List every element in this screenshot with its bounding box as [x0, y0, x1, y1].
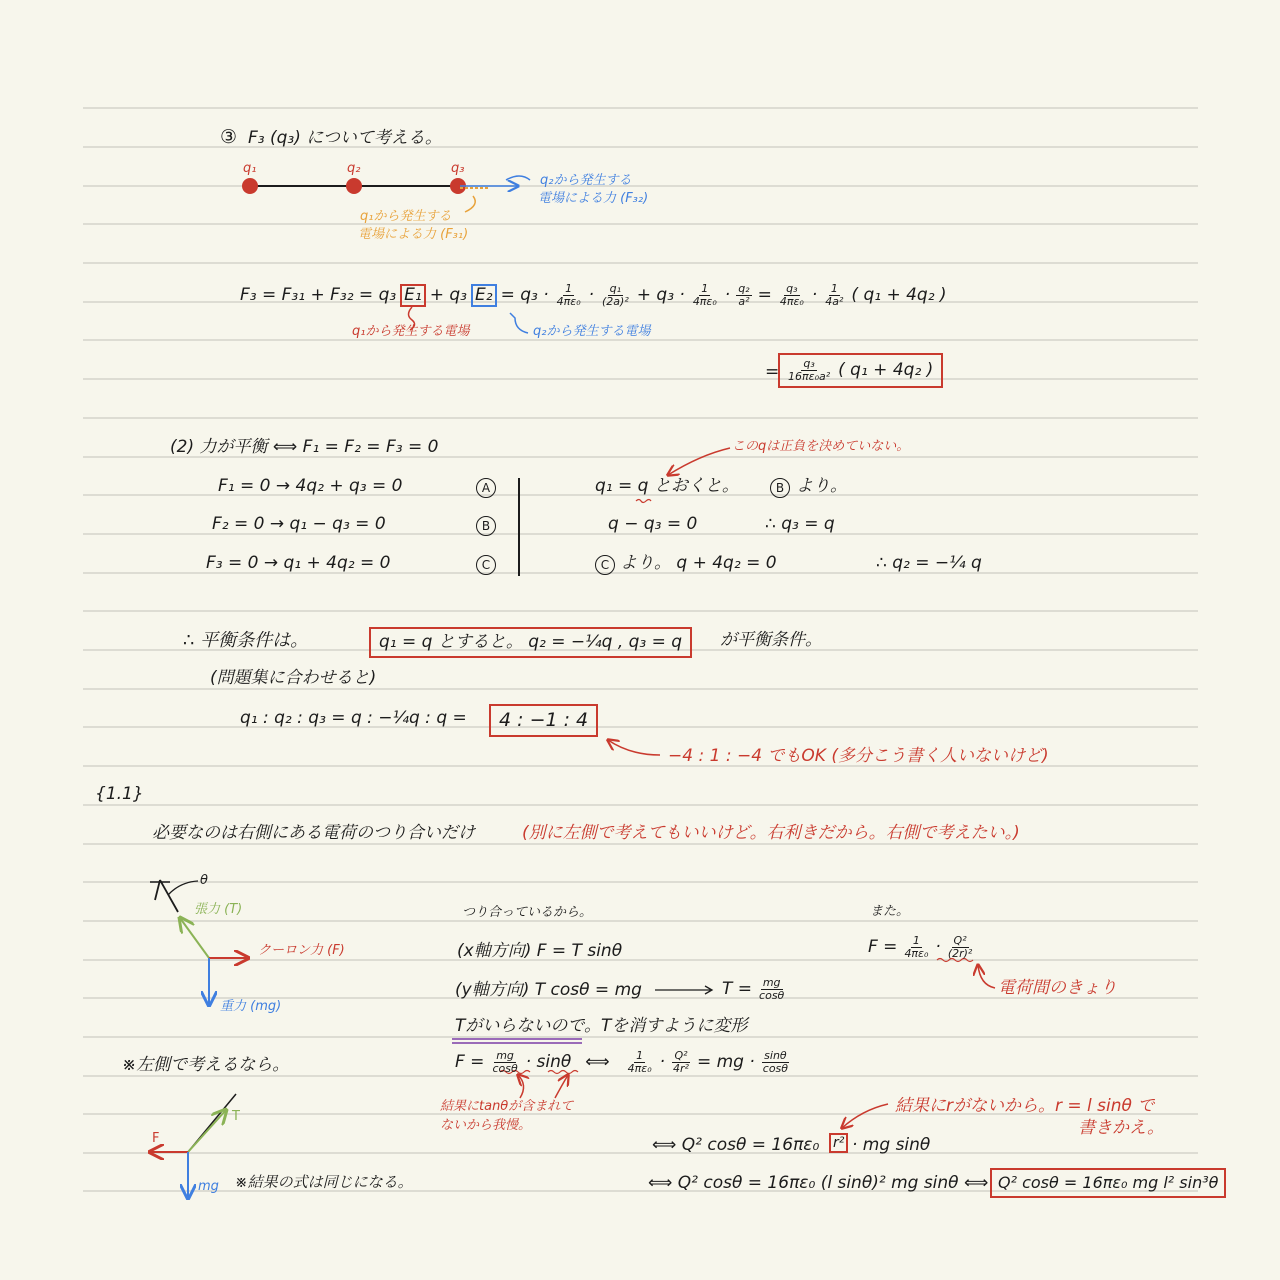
equilibrium-suffix: が平衡条件。	[720, 632, 822, 649]
balance-text: つり合っているから。	[462, 906, 592, 919]
rule-line	[83, 185, 1198, 187]
rule-line	[83, 1152, 1198, 1154]
theta-label: θ	[200, 874, 208, 887]
eq-substituted: ⟺ Q² cosθ = 16πε₀ (l sinθ)² mg sinθ ⟺	[648, 1175, 988, 1192]
eq-plus: + q₃	[430, 287, 467, 304]
e1-label: q₁から発生する電場	[352, 325, 469, 338]
left-force-label: F	[152, 1132, 159, 1145]
charge-label-q2: q₂	[347, 162, 360, 175]
fraction: mgcosθ	[490, 1050, 519, 1075]
equation-a: F₁ = 0 → 4q₂ + q₃ = 0	[218, 478, 402, 495]
tag-c-ref: C	[595, 555, 615, 575]
tan-note-line1: 結果にtanθが含まれて	[440, 1100, 573, 1113]
rule-line	[83, 804, 1198, 806]
rule-line	[83, 107, 1198, 109]
fraction: 14a²	[823, 283, 845, 308]
fraction: 14πε₀	[902, 935, 930, 960]
q3-result: ∴ q₃ = q	[765, 516, 835, 533]
left-side-heading: ※左側で考えるなら。	[122, 1057, 289, 1074]
fraction: Q²4r²	[671, 1050, 691, 1075]
f32-note-line2: 電場による力 (F₃₂)	[538, 192, 648, 205]
rule-line	[83, 610, 1198, 612]
tension-label: 張力 (T)	[194, 903, 242, 916]
f32-note-line1: q₂から発生する	[540, 174, 631, 187]
left-side-note: ※結果の式は同じになる。	[235, 1175, 413, 1190]
tag-c: C	[476, 555, 496, 575]
x-axis-eq: (x軸方向) F = T sinθ	[457, 943, 622, 960]
charge-label-q3: q₃	[451, 162, 464, 175]
substitution-equation: F = mgcosθ · sinθ ⟺ 14πε₀· Q²4r² = mg · …	[455, 1050, 792, 1075]
q-minus-q3: q − q₃ = 0	[608, 516, 697, 533]
distance-note: 電荷間のきょり	[998, 980, 1117, 997]
eq-rhs-c: =	[758, 287, 772, 304]
purple-underline	[452, 1038, 582, 1040]
eq-lhs: F₃ = F₃₁ + F₃₂ = q₃	[240, 287, 396, 304]
from-c: より。 q + 4q₂ = 0	[620, 555, 777, 572]
tag-b-ref: B	[770, 478, 790, 498]
fraction: 14πε₀	[691, 283, 719, 308]
fraction: 14πε₀	[555, 283, 583, 308]
problem-number: {1.1}	[95, 786, 144, 803]
eq-r-squared-a: ⟺ Q² cosθ = 16πε₀	[652, 1137, 819, 1154]
problem-intro: 必要なのは右側にある電荷のつり合いだけ	[152, 825, 475, 842]
ratio-box: 4 : −1 : 4	[489, 704, 598, 737]
from-b: より。	[796, 478, 847, 495]
f31-note-line2: 電場による力 (F₃₁)	[358, 228, 468, 241]
rule-line	[83, 262, 1198, 264]
r-note-line1: 結果にrがないから。r = l sinθ で	[895, 1098, 1154, 1115]
fraction: q₃4πε₀	[778, 283, 806, 308]
fraction: q₃16πε₀a²	[786, 358, 832, 383]
e2-label: q₂から発生する電場	[533, 325, 650, 338]
r-squared-box: r²	[829, 1133, 848, 1153]
tag-a: A	[476, 478, 496, 498]
charge-label-q1: q₁	[243, 162, 256, 175]
rule-line	[83, 881, 1198, 883]
coulomb-equation: F = 14πε₀· Q²(2r)²	[868, 935, 976, 960]
ratio-equation: q₁ : q₂ : q₃ = q : −¼q : q =	[240, 710, 467, 727]
sign-note: このqは正負を決めていない。	[732, 440, 909, 453]
e2-box: E₂	[471, 284, 497, 307]
part2-heading: (2) 力が平衡 ⟺ F₁ = F₂ = F₃ = 0	[170, 439, 438, 456]
long-arrow-icon	[655, 984, 715, 996]
equation-b: F₂ = 0 → q₁ − q₃ = 0	[212, 516, 386, 533]
force-equation: F₃ = F₃₁ + F₃₂ = q₃ E₁ + q₃ E₂ = q₃ · 14…	[240, 283, 947, 308]
eliminate-t-text: Tがいらないので。Tを消すように変形	[455, 1018, 747, 1035]
fraction: q₂a²	[736, 283, 751, 308]
r-note-line2: 書きかえ。	[1078, 1120, 1164, 1137]
problem-intro-note: (別に左側で考えてもいいけど。右利きだから。右側で考えたい。)	[522, 825, 1020, 842]
rule-line	[83, 378, 1198, 380]
q2-result: ∴ q₂ = −¼ q	[876, 555, 982, 572]
equilibrium-box: q₁ = q とすると。 q₂ = −¼q , q₃ = q	[369, 627, 692, 658]
fraction: mgcosθ	[757, 977, 786, 1002]
also-text: また。	[870, 905, 909, 918]
result-tail: ( q₁ + 4q₂ )	[838, 362, 933, 379]
left-gravity-label: mg	[198, 1180, 219, 1193]
e1-box: E₁	[400, 284, 426, 307]
rule-line	[83, 1036, 1198, 1038]
eq-rhs-b: + q₃ ·	[637, 287, 685, 304]
rule-line	[83, 223, 1198, 225]
gravity-label: 重力 (mg)	[220, 1000, 281, 1013]
coulomb-label: クーロン力 (F)	[258, 944, 345, 957]
final-answer-box: Q² cosθ = 16πε₀ mg l² sin³θ	[990, 1168, 1226, 1198]
tag-b: B	[476, 516, 496, 536]
fraction: 14πε₀	[626, 1050, 654, 1075]
rule-line	[83, 688, 1198, 690]
rule-line	[83, 339, 1198, 341]
y-axis-eq: (y軸方向) T cosθ = mg	[455, 982, 642, 999]
left-tension-label: T	[232, 1110, 240, 1123]
step-number: ③	[220, 128, 237, 147]
equation-c: F₃ = 0 → q₁ + 4q₂ = 0	[206, 555, 390, 572]
eq-rhs-a: = q₃ ·	[501, 287, 549, 304]
eq-r-squared-b: · mg sinθ	[852, 1137, 930, 1154]
section-heading: F₃ (q₃) について考える。	[248, 130, 442, 147]
ratio-alt-note: −4 : 1 : −4 でもOK (多分こう書く人いないけど)	[668, 748, 1049, 765]
workbook-note: (問題集に合わせると)	[210, 670, 376, 687]
divider	[518, 478, 520, 576]
tan-note-line2: ないから我慢。	[440, 1119, 531, 1132]
t-solution: T = mgcosθ	[722, 977, 788, 1002]
rule-line	[83, 417, 1198, 419]
rule-line	[83, 843, 1198, 845]
eq-rhs-d: ( q₁ + 4q₂ )	[851, 287, 946, 304]
fraction: sinθcosθ	[761, 1050, 790, 1075]
fraction: Q²(2r)²	[946, 935, 975, 960]
rule-line	[83, 920, 1198, 922]
purple-underline	[452, 1042, 582, 1044]
rule-line	[83, 959, 1198, 961]
f31-note-line1: q₁から発生する	[360, 210, 451, 223]
equilibrium-prefix: ∴ 平衡条件は。	[183, 632, 308, 650]
rule-line	[83, 1075, 1198, 1077]
fraction: q₁(2a)²	[600, 283, 631, 308]
result-box: q₃16πε₀a² ( q₁ + 4q₂ )	[778, 353, 943, 388]
set-q1: q₁ = q とおくと。	[595, 478, 739, 495]
